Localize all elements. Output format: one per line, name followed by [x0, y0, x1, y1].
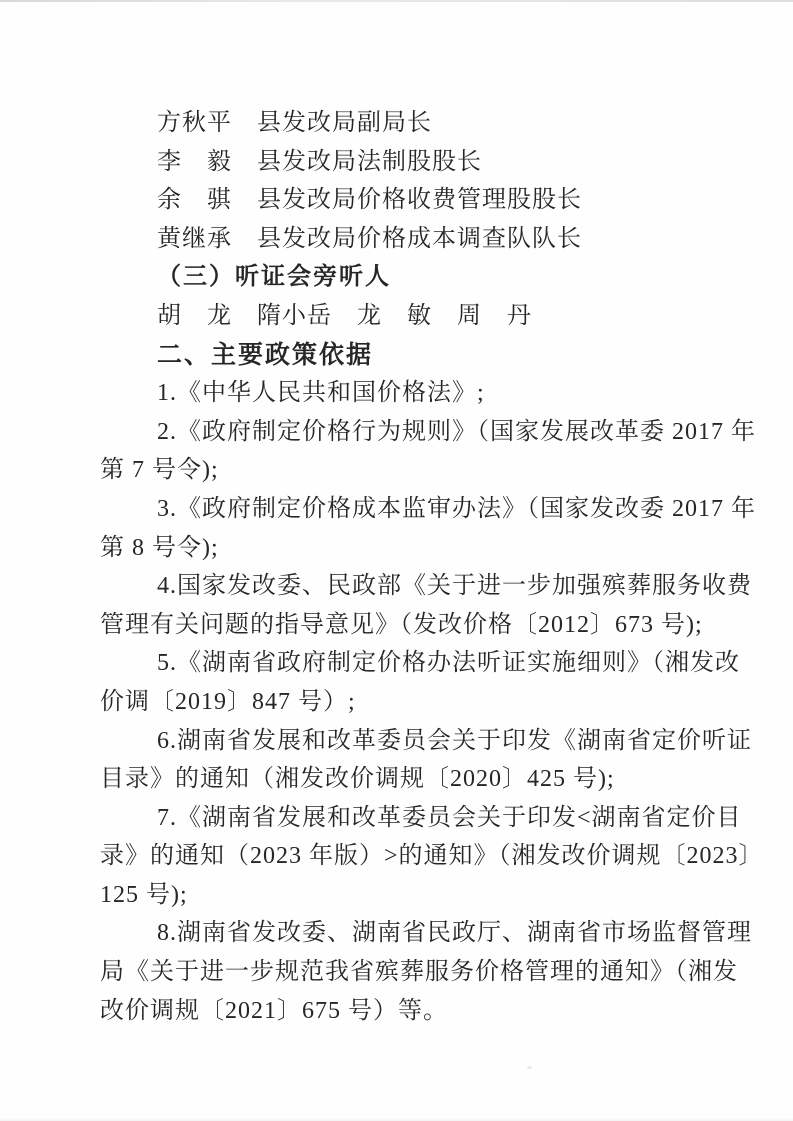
policy-item-line: 目录》的通知（湘发改价调规〔2020〕425 号);	[100, 760, 703, 799]
policy-item-line: 录》的通知（2023 年版）>的通知》（湘发改价调规〔2023〕	[100, 837, 703, 876]
subsection-heading-observers: （三）听证会旁听人	[100, 258, 703, 297]
document-page: 方秋平 县发改局副局长 李 毅 县发改局法制股股长 余 骐 县发改局价格收费管理…	[0, 0, 793, 1121]
policy-item-line: 8.湖南省发改委、湖南省民政厅、湖南省市场监督管理	[100, 914, 703, 953]
policy-item-line: 价调〔2019〕847 号）;	[100, 683, 703, 722]
observer-names-line: 胡 龙 隋小岳 龙 敏 周 丹	[100, 297, 703, 336]
policy-item-line: 改价调规〔2021〕675 号）等。	[100, 992, 703, 1031]
scan-speck	[527, 1066, 532, 1069]
policy-item-line: 6.湖南省发展和改革委员会关于印发《湖南省定价听证	[100, 722, 703, 761]
policy-item-line: 125 号);	[100, 876, 703, 915]
attendee-line: 余 骐 县发改局价格收费管理股股长	[100, 181, 703, 220]
policy-item-line: 管理有关问题的指导意见》（发改价格〔2012〕673 号);	[100, 606, 703, 645]
policy-item-line: 局《关于进一步规范我省殡葬服务价格管理的通知》（湘发	[100, 953, 703, 992]
policy-item-line: 4.国家发改委、民政部《关于进一步加强殡葬服务收费	[100, 567, 703, 606]
policy-item-line: 5.《湖南省政府制定价格办法听证实施细则》（湘发改	[100, 644, 703, 683]
policy-item-line: 第 8 号令);	[100, 529, 703, 568]
document-body: 方秋平 县发改局副局长 李 毅 县发改局法制股股长 余 骐 县发改局价格收费管理…	[100, 104, 703, 1030]
policy-item-line: 第 7 号令);	[100, 451, 703, 490]
policy-item-line: 3.《政府制定价格成本监审办法》（国家发改委 2017 年	[100, 490, 703, 529]
attendee-line: 方秋平 县发改局副局长	[100, 104, 703, 143]
policy-item-line: 2.《政府制定价格行为规则》（国家发展改革委 2017 年	[100, 413, 703, 452]
attendee-line: 李 毅 县发改局法制股股长	[100, 143, 703, 182]
section-heading-policy-basis: 二、主要政策依据	[100, 336, 703, 375]
attendee-line: 黄继承 县发改局价格成本调查队队长	[100, 220, 703, 259]
policy-item-line: 7.《湖南省发展和改革委员会关于印发<湖南省定价目	[100, 799, 703, 838]
scan-edge-top	[0, 0, 793, 2]
policy-item-line: 1.《中华人民共和国价格法》;	[100, 374, 703, 413]
